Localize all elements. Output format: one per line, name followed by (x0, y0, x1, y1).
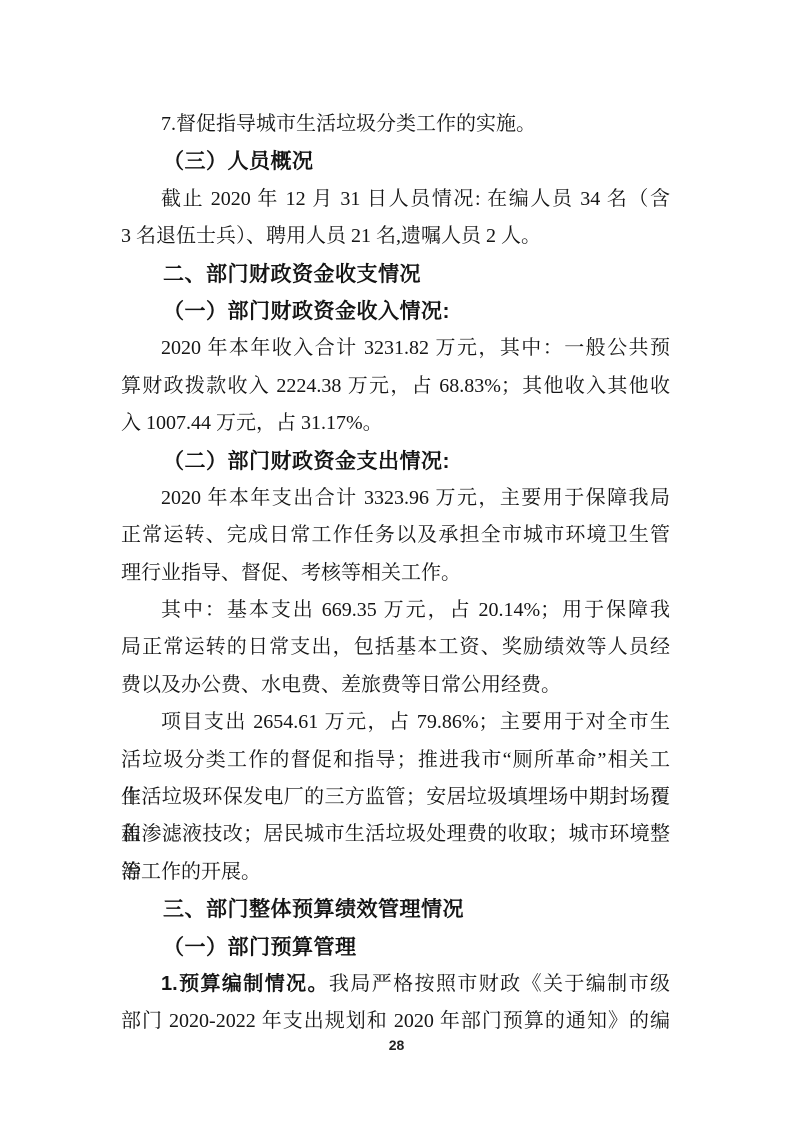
text-line: 理行业指导、督促、考核等相关工作。 (121, 555, 670, 592)
section-heading: 二、部门财政资金收支情况 (121, 256, 670, 293)
section-heading: 三、部门整体预算绩效管理情况 (121, 891, 670, 928)
section-heading: （一）部门财政资金收入情况: (121, 293, 670, 330)
text-line: 2020 年本年支出合计 3323.96 万元，主要用于保障我局 (121, 480, 670, 517)
text-line: 入 1007.44 万元，占 31.17%。 (121, 405, 670, 442)
text-line: 等工作的开展。 (121, 854, 670, 891)
bold-lead-text: 1.预算编制情况。 (161, 973, 329, 995)
section-heading: （三）人员概况 (121, 143, 670, 180)
document-page: 7.督促指导城市生活垃圾分类工作的实施。 （三）人员概况 截止 2020 年 1… (0, 0, 793, 1122)
text-line: 2020 年本年收入合计 3231.82 万元，其中：一般公共预 (121, 330, 670, 367)
text-line: 和渗滤液技改；居民城市生活垃圾处理费的收取；城市环境整治 (121, 816, 670, 853)
document-body: 7.督促指导城市生活垃圾分类工作的实施。 （三）人员概况 截止 2020 年 1… (121, 106, 670, 1041)
text-line: 活垃圾分类工作的督促和指导；推进我市“厕所革命”相关工作； (121, 742, 670, 779)
text-line: 费以及办公费、水电费、差旅费等日常公用经费。 (121, 667, 670, 704)
text-line: 截止 2020 年 12 月 31 日人员情况: 在编人员 34 名（含 (121, 181, 670, 218)
section-heading: （二）部门财政资金支出情况: (121, 443, 670, 480)
text-line: 生活垃圾环保发电厂的三方监管；安居垃圾填埋场中期封场覆盖 (121, 779, 670, 816)
text-line: 其中：基本支出 669.35 万元，占 20.14%；用于保障我 (121, 592, 670, 629)
text-line: 部门 2020-2022 年支出规划和 2020 年部门预算的通知》的编 (121, 1003, 670, 1040)
text-line: 项目支出 2654.61 万元，占 79.86%；主要用于对全市生 (121, 704, 670, 741)
section-heading: （一）部门预算管理 (121, 929, 670, 966)
page-number: 28 (0, 1037, 793, 1053)
text-line-continuation: 我局严格按照市财政《关于编制市级 (329, 973, 670, 995)
text-line: 7.督促指导城市生活垃圾分类工作的实施。 (121, 106, 670, 143)
text-line: 局正常运转的日常支出，包括基本工资、奖励绩效等人员经 (121, 629, 670, 666)
text-line: 1.预算编制情况。我局严格按照市财政《关于编制市级 (121, 966, 670, 1003)
text-line: 正常运转、完成日常工作任务以及承担全市城市环境卫生管 (121, 517, 670, 554)
text-line: 3 名退伍士兵）、聘用人员 21 名,遗嘱人员 2 人。 (121, 218, 670, 255)
text-line: 算财政拨款收入 2224.38 万元，占 68.83%；其他收入其他收 (121, 368, 670, 405)
